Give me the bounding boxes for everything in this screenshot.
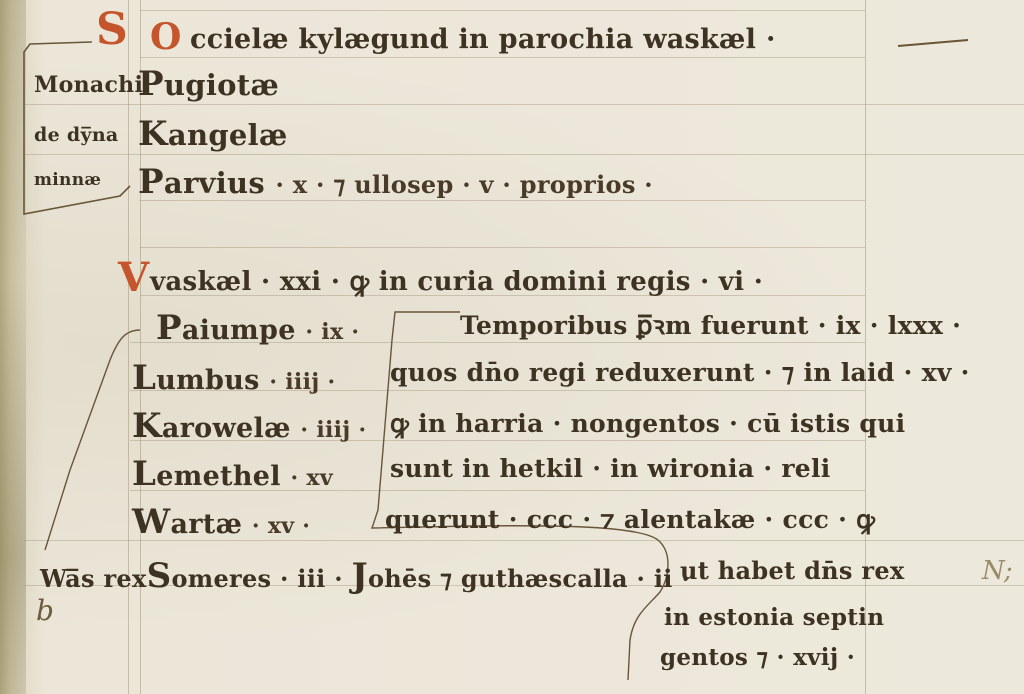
entry-name: arvius — [164, 166, 265, 200]
manuscript-page: S O ccielæ kylægund in parochia waskæl ·… — [0, 0, 1024, 694]
entry-count: · iiij · — [269, 369, 335, 395]
entry-initial: P — [156, 308, 182, 348]
right-block-line-5: querunt · ccc · ⁊ alentakæ · ccc · ꝙ — [385, 502, 875, 536]
bottom-entry1: omeres · iii · — [171, 564, 342, 593]
side-note-line-3: minnæ — [34, 170, 101, 190]
section2-heading: vaskæl · xxi · ꝙ in curia domini regis ·… — [150, 262, 763, 298]
entry-initial: K — [138, 114, 168, 154]
entry-pugiotae: Pugiotæ — [138, 64, 279, 104]
bottom-line: Wa̅s rexSomeres · iii · Johēs ⁊ guthæsca… — [40, 556, 690, 596]
entry-initial: W — [132, 502, 170, 542]
entry-initial: L — [132, 358, 156, 398]
side-note-line-1: Monachi — [34, 72, 143, 98]
entry-parvius: Parvius · x · ⁊ ullosep · v · proprios · — [138, 162, 653, 202]
section2-initial: V — [118, 254, 149, 301]
entry-initial: K — [132, 406, 162, 446]
entry-name: arowelæ — [162, 413, 291, 444]
entry-count: · xv · — [252, 513, 310, 539]
heading-text: ccielæ kylægund in parochia waskæl · — [190, 24, 776, 55]
entry-name: ugiotæ — [164, 68, 279, 102]
bottom-continuation: ut habet dn̄s rex — [680, 556, 905, 585]
right-block-line-2: quos dn̄o regi reduxerunt · ⁊ in laid · … — [390, 358, 970, 387]
left-entry: Lemethel · xv — [132, 454, 333, 494]
right-block-line-1: Temporibus ꝑ̅ꝛm fuerunt · ix · lxxx · — [460, 308, 961, 342]
entry-name: angelæ — [168, 118, 288, 152]
left-entry: Wartæ · xv · — [132, 502, 310, 542]
heading-initial: O — [150, 16, 181, 58]
entry-name: artæ — [170, 509, 242, 540]
marginal-initial: S — [96, 4, 128, 55]
entry-name: emethel — [156, 461, 281, 492]
right-margin-note: N; — [982, 556, 1013, 586]
closing-line-1: in estonia septin — [664, 604, 884, 631]
right-block-line-4: sunt in hetkil · in wironia · reli — [390, 454, 831, 483]
bottom-prefix: Wa̅s rex — [40, 564, 147, 593]
entry-initial: P — [138, 64, 164, 104]
entry-count: · x · ⁊ ullosep · v · proprios · — [275, 170, 653, 199]
bottom-entry2-initial: J — [352, 556, 368, 596]
entry-kangelae: Kangelæ — [138, 114, 288, 154]
closing-line-2: gentos ⁊ · xvij · — [660, 644, 855, 671]
margin-mark: b — [36, 594, 54, 627]
side-note-line-2: de dy̅na — [34, 124, 119, 146]
right-block-line-3: ꝙ in harria · nongentos · cū istis qui — [390, 406, 905, 440]
left-entry: Paiumpe · ix · — [156, 308, 359, 348]
entry-name: umbus — [156, 365, 259, 396]
left-entry: Karowelæ · iiij · — [132, 406, 366, 446]
entry-name: aiumpe — [182, 315, 296, 346]
bottom-initial: S — [147, 556, 172, 596]
entry-initial: L — [132, 454, 156, 494]
bottom-entry2: ohēs ⁊ guthæscalla · ii · — [368, 564, 690, 593]
left-entry: Lumbus · iiij · — [132, 358, 335, 398]
entry-initial: P — [138, 162, 164, 202]
entry-count: · ix · — [305, 319, 359, 345]
entry-count: · xv — [290, 465, 332, 491]
entry-count: · iiij · — [300, 417, 366, 443]
